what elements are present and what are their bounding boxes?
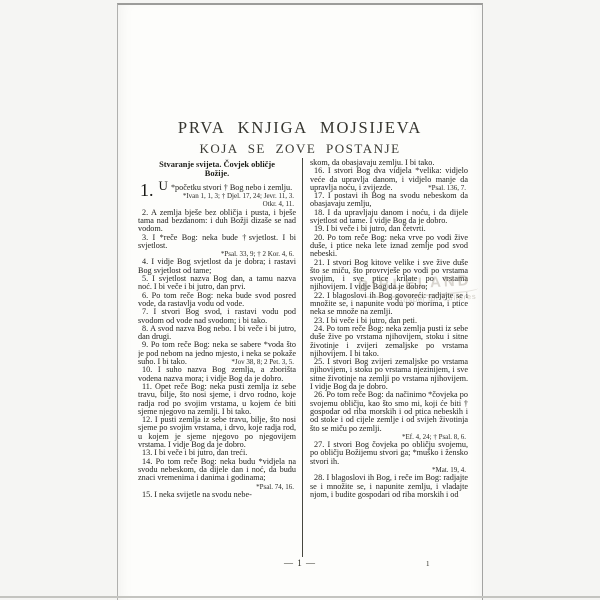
footnote-reference: *Ivan 1, 1, 3; † Djel. 17, 24; Jevr. 11,…: [138, 192, 296, 200]
book-subtitle: KOJA SE ZOVE POSTANJE: [118, 141, 482, 157]
verse: 4. I vidje Bog svjetlost da je dobra; i …: [138, 258, 296, 275]
scanned-book-page: PRVA KNJIGA MOJSIJEVA KOJA SE ZOVE POSTA…: [117, 3, 483, 600]
scan-bottom-edge: [0, 596, 600, 598]
verse: 22. I blagoslovi ih Bog govoreći: radjaj…: [310, 292, 468, 317]
verse: 28. I blagoslovi ih Bog, i reče im Bog: …: [310, 474, 468, 499]
column-divider-rule: [302, 158, 303, 557]
verse: 5. I svjetlost nazva Bog dan, a tamu naz…: [138, 275, 296, 292]
verse: 20. Po tom reče Bog: neka vrve po vodi ž…: [310, 234, 468, 259]
verse: 27. I stvori Bog čovjeka po obličju svoj…: [310, 441, 468, 466]
verse-text: *početku stvori † Bog nebo i zemlju.: [171, 183, 292, 192]
verse: 10. I suho nazva Bog zemlja, a zborišta …: [138, 366, 296, 383]
text-columns: Stvaranje svijeta. Čovjek obličje Božije…: [138, 159, 468, 560]
verse: 24. Po tom reče Bog: neka zemlja pusti i…: [310, 325, 468, 358]
verse: 2. A zemlja bješe bez obličja i pusta, i…: [138, 209, 296, 234]
left-column: Stvaranje svijeta. Čovjek obličje Božije…: [138, 159, 296, 560]
verse: 3. I *reče Bog: neka bude †svjetlost. I …: [138, 234, 296, 251]
verse: 14. Po tom reče Bog: neka budu *vidjela …: [138, 458, 296, 483]
verse: 26. Po tom reče Bog: da načinimo *čovjek…: [310, 391, 468, 432]
right-column: skom, da obasjavaju zemlju. I bi tako.16…: [310, 159, 468, 560]
chapter-opening-verse: 1.U *početku stvori † Bog nebo i zemlju.: [138, 181, 296, 192]
verse: 25. I stvori Bog zvijeri zemaljske po vr…: [310, 358, 468, 391]
verse-initial-letter: U: [159, 178, 168, 193]
verse: 8. A svod nazva Bog nebo. I bi veče i bi…: [138, 325, 296, 342]
verse: 6. Po tom reče Bog: neka bude svod posre…: [138, 292, 296, 309]
chapter-number: 1.: [140, 182, 154, 198]
book-title: PRVA KNJIGA MOJSIJEVA: [118, 118, 482, 138]
verse: 7. I stvori Bog svod, i rastavi vodu pod…: [138, 308, 296, 325]
verse: 21. I stvori Bog kitove velike i sve živ…: [310, 259, 468, 292]
verse: 15. I neka svijetle na svodu nebe-: [138, 491, 296, 499]
signature-mark: 1: [426, 560, 430, 568]
verse: 11. Opet reče Bog: neka pusti zemlja iz …: [138, 383, 296, 416]
verse: 17. I postavi ih Bog na svodu nebeskom d…: [310, 192, 468, 209]
verse: 12. I pusti zemlja iz sebe travu, bilje,…: [138, 416, 296, 449]
verse: 18. I da upravljaju danom i noću, i da d…: [310, 209, 468, 226]
